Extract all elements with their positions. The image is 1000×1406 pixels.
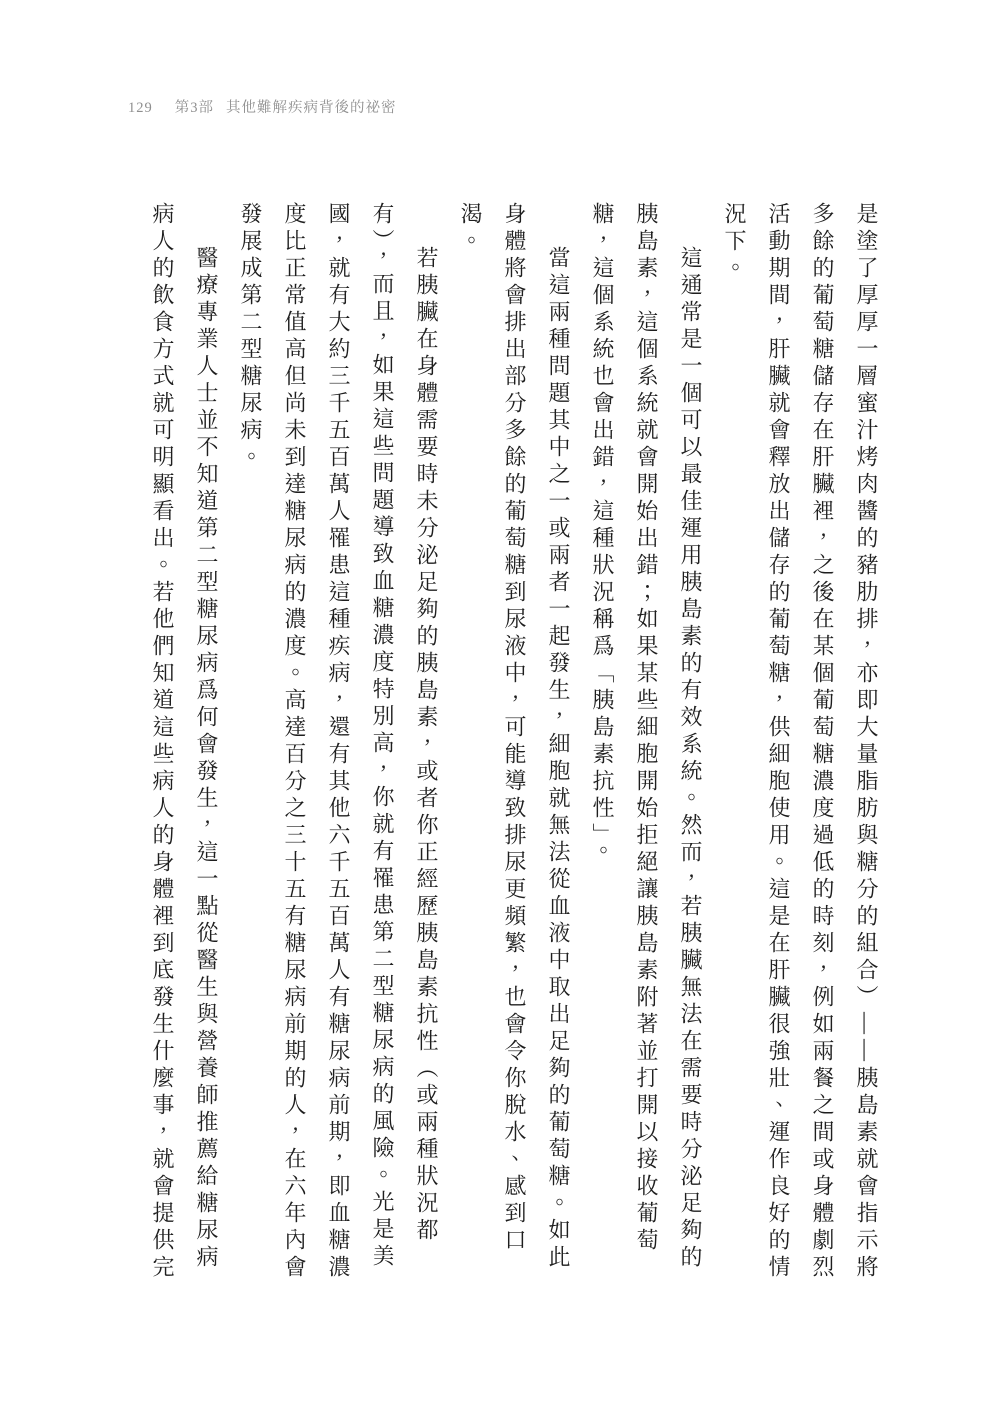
- paragraph-4: 若胰臟在身體需要時未分泌足夠的胰島素，或者你正經歷胰島素抗性（或兩種狀況都有），…: [228, 202, 448, 1298]
- paragraph-5: 醫療專業人士並不知道第二型糖尿病爲何會發生，這一點從醫生與營養師推薦給糖尿病病人…: [140, 202, 228, 1298]
- page-header: 129 第3部 其他難解疾病背後的祕密: [128, 96, 397, 117]
- body-text: 是塗了厚厚一層蜜汁烤肉醬的豬肋排，亦即大量脂肪與糖分的組合）——胰島素就會指示將…: [136, 202, 888, 1298]
- chapter-title: 其他難解疾病背後的祕密: [226, 96, 397, 117]
- paragraph-3: 當這兩種問題其中之一或兩者一起發生，細胞就無法從血液中取出足夠的葡萄糖。如此身體…: [448, 202, 580, 1298]
- paragraph-2: 這通常是一個可以最佳運用胰島素的有效系統。然而，若胰臟無法在需要時分泌足夠的胰島…: [580, 202, 712, 1298]
- part-label: 第3部: [175, 96, 214, 117]
- page-number: 129: [128, 100, 153, 117]
- book-page: 129 第3部 其他難解疾病背後的祕密 是塗了厚厚一層蜜汁烤肉醬的豬肋排，亦即大…: [0, 0, 1000, 1406]
- paragraph-1: 是塗了厚厚一層蜜汁烤肉醬的豬肋排，亦即大量脂肪與糖分的組合）——胰島素就會指示將…: [712, 202, 888, 1298]
